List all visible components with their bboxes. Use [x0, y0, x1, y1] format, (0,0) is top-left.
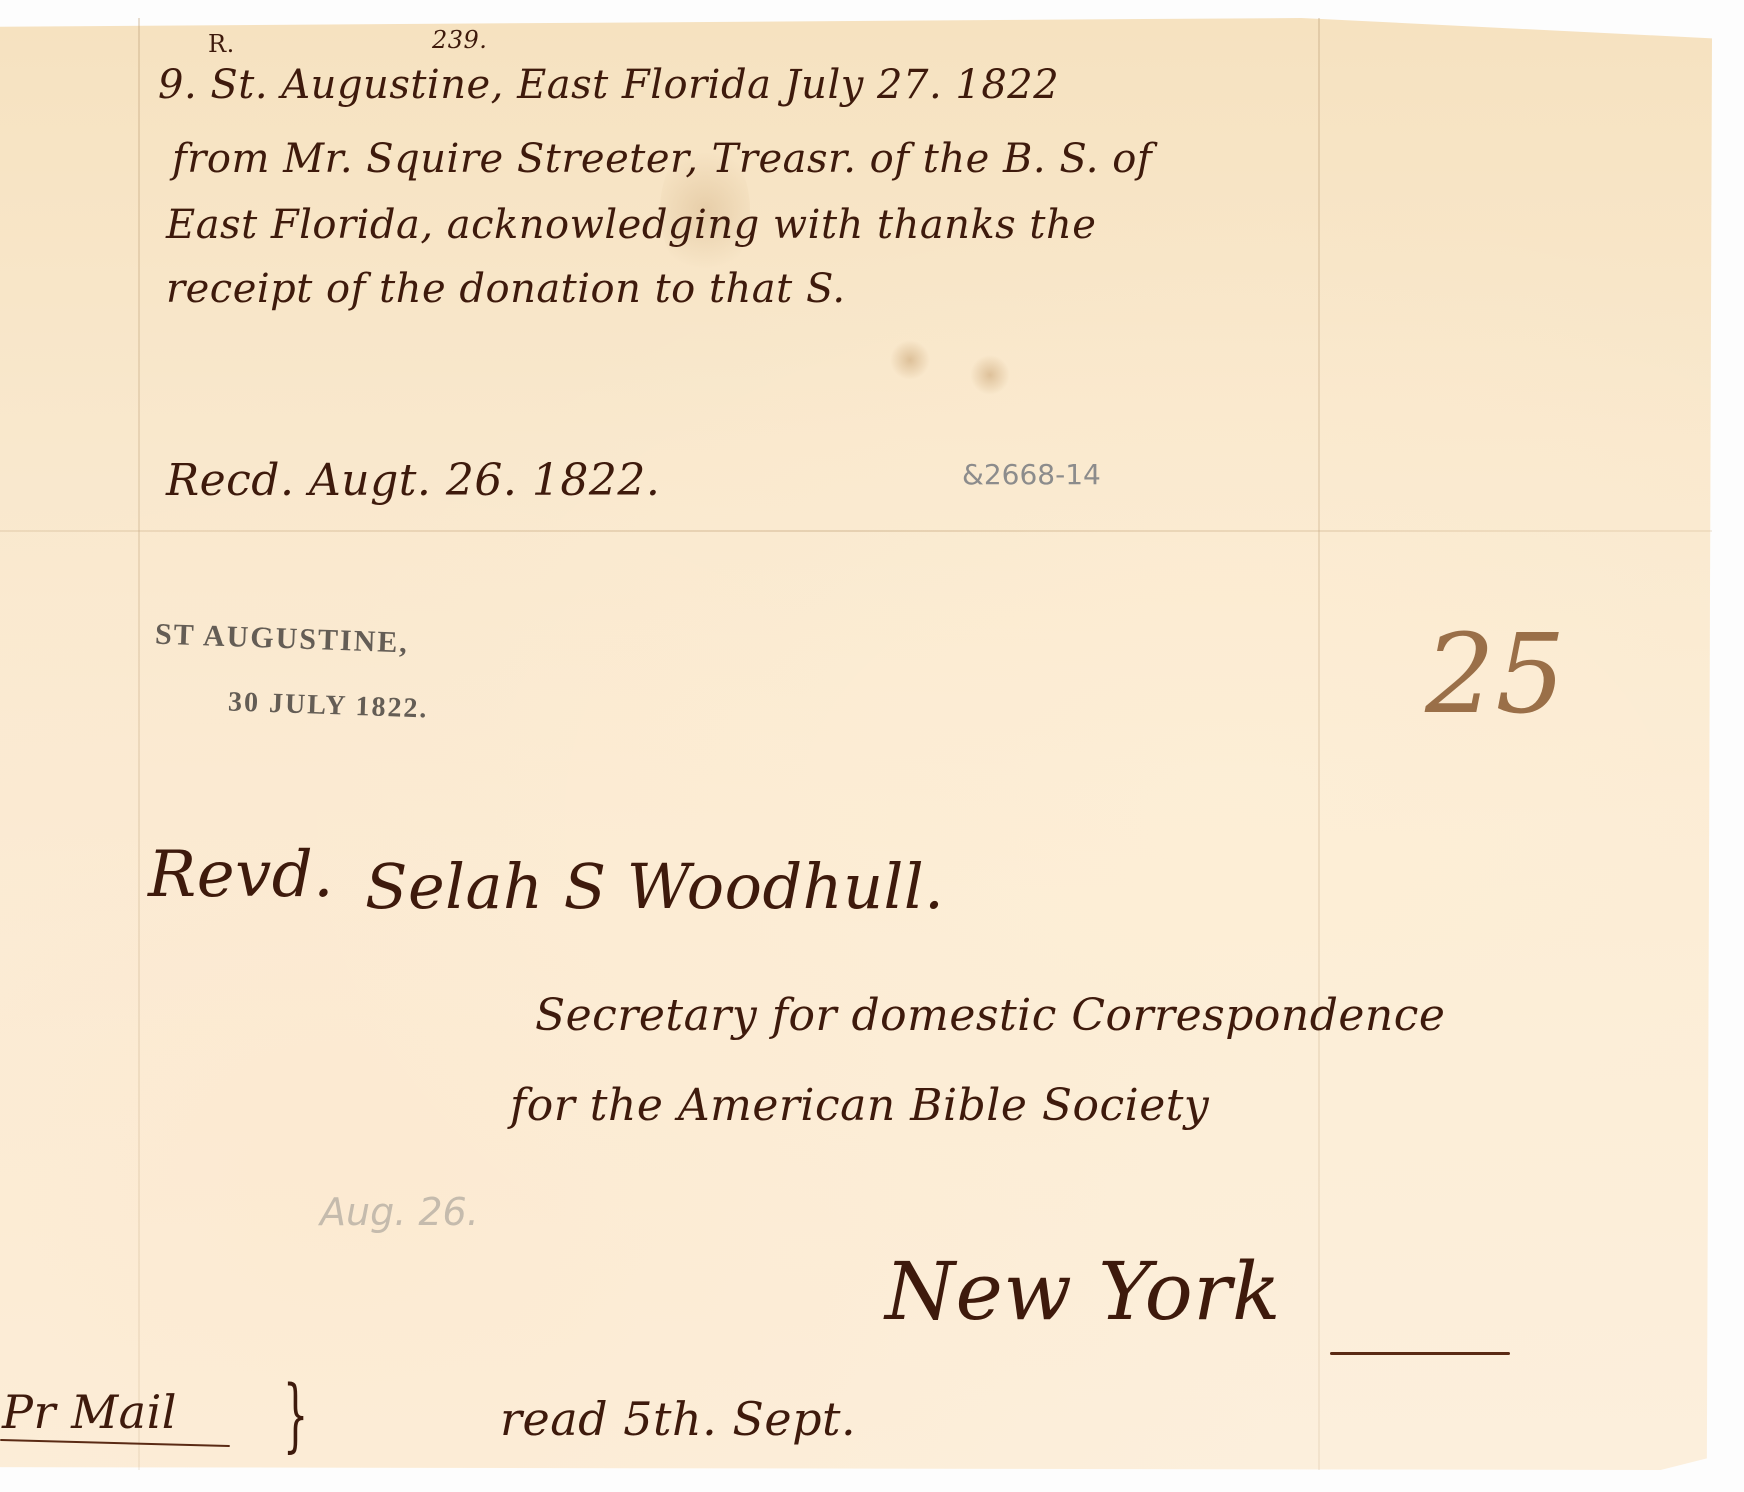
address-title-line-1: Secretary for domestic Correspondence [535, 990, 1445, 1041]
address-name: Selah S Woodhull. [365, 850, 944, 923]
vertical-fold-line [138, 18, 140, 1470]
received-date-note: Recd. Augt. 26. 1822. [166, 455, 660, 506]
docket-line-1: 9. St. Augustine, East Florida July 27. … [158, 62, 1059, 108]
city-underline-flourish [1330, 1352, 1510, 1355]
docket-place-date: St. Augustine, East Florida July 27. 182… [210, 62, 1059, 108]
docket-number: 239. [432, 26, 487, 54]
routing-method: Pr Mail [2, 1385, 177, 1439]
document-scan: R. 239. 9. St. Augustine, East Florida J… [0, 0, 1744, 1492]
docket-line-2: from Mr. Squire Streeter, Treasr. of the… [172, 136, 1152, 182]
horizontal-fold-line [0, 530, 1712, 532]
routing-brace: } [283, 1368, 309, 1461]
pencil-date-note: Aug. 26. [320, 1190, 479, 1234]
vertical-fold-line [1318, 18, 1320, 1470]
pencil-catalog-number: &2668-14 [962, 458, 1101, 491]
docket-line-4: receipt of the donation to that S. [166, 266, 846, 312]
address-city: New York [885, 1245, 1281, 1338]
answered-note: read 5th. Sept. [500, 1392, 856, 1446]
docket-item-number: 9. [158, 62, 197, 108]
postage-rate: 25 [1425, 610, 1566, 738]
docket-marker: R. [208, 30, 235, 58]
foxing-spot [970, 355, 1010, 395]
address-title-line-2: for the American Bible Society [510, 1080, 1209, 1131]
docket-line-3: East Florida, acknowledging with thanks … [166, 202, 1096, 248]
foxing-spot [890, 340, 930, 380]
address-salutation: Revd. [148, 838, 334, 912]
